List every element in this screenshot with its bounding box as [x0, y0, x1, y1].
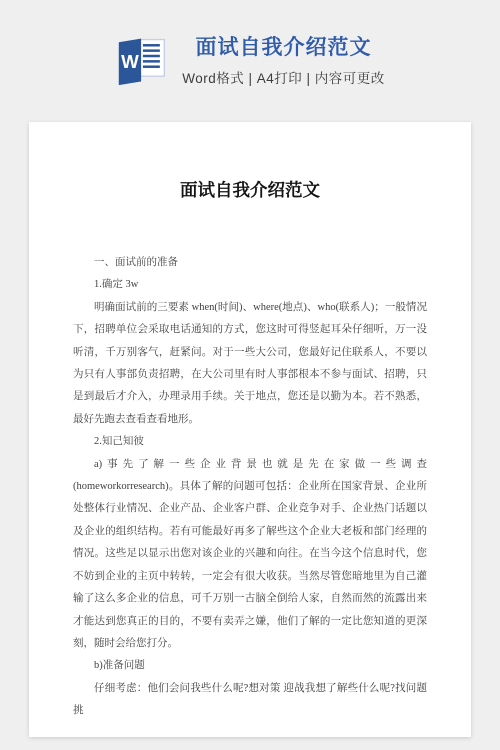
doc-paragraph: 仔细考虑：他们会问我些什么呢?想对策 迎战我想了解些什么呢?找问题 挑 [73, 678, 427, 723]
header: W 面试自我介绍范文 Word格式 | A4打印 | 内容可更改 [0, 0, 500, 122]
doc-paragraph: 一、面试前的准备 [73, 252, 427, 274]
doc-paragraph: 2.知己知彼 [73, 431, 427, 453]
document-page-preview: 面试自我介绍范文 一、面试前的准备1.确定 3w明确面试前的三要素 when(时… [29, 122, 471, 737]
doc-paragraph: 1.确定 3w [73, 274, 427, 296]
doc-paragraph: b)准备问题 [73, 655, 427, 677]
header-title: 面试自我介绍范文 [195, 36, 371, 60]
header-subtitle: Word格式 | A4打印 | 内容可更改 [182, 67, 385, 87]
doc-paragraph: 明确面试前的三要素 when(时间)、where(地点)、who(联系人)；一般… [73, 297, 427, 431]
word-icon-w-letter: W [121, 51, 139, 72]
doc-paragraph: a)事先了解一些企业背景也就是先在家做一些调查(homeworkorresear… [73, 454, 427, 656]
word-logo-icon: W [115, 36, 169, 86]
document-body: 一、面试前的准备1.确定 3w明确面试前的三要素 when(时间)、where(… [73, 252, 427, 723]
header-text: 面试自我介绍范文 Word格式 | A4打印 | 内容可更改 [182, 36, 385, 87]
document-title: 面试自我介绍范文 [73, 180, 427, 200]
